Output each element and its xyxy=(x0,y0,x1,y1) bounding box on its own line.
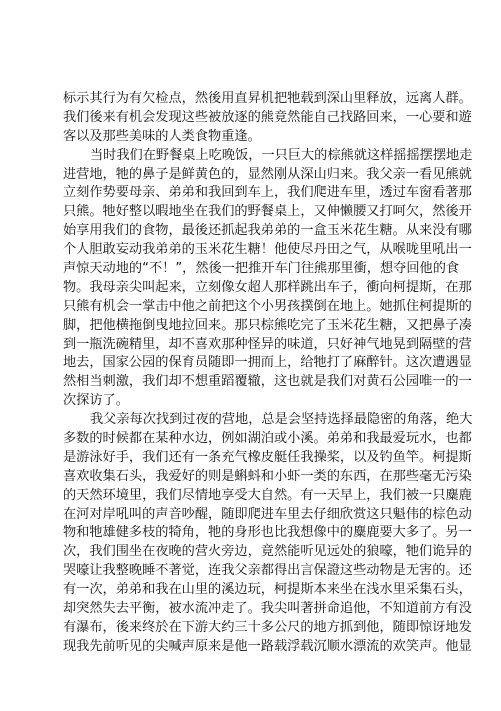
text-line: 多数的时候都在某种水边，例如湖泊或小溪。弟弟和我最爱玩水，也都 xyxy=(63,430,441,449)
text-line: 我们後来有机会发现这些被放逐的熊竟然能自己找路回来，一心要和遊 xyxy=(63,109,441,128)
paragraph: 当时我们在野餐桌上吃晚饭，一只巨大的棕熊就这样摇摇摆摆地走 进营地，牠的鼻子是鲜… xyxy=(63,147,441,411)
paragraph: 标示其行为有欠检点，然後用直昇机把牠载到深山里释放，远离人群。 我们後来有机会发… xyxy=(63,90,441,147)
text-line: 然相当刺激，我们却不想重蹈覆辙，这也就是我们对黄石公园唯一的一 xyxy=(63,373,441,392)
text-line: 客以及那些美味的人类食物重逢。 xyxy=(63,128,441,147)
text-line: 物和牠雄健多枝的犄角，牠的身形也比我想像中的麋鹿要大多了。另一 xyxy=(63,524,441,543)
text-line: 哭嚎让我整晚睡不著觉，连我父亲都得出言保證这些动物是无害的。还 xyxy=(63,562,441,581)
text-line: 的天然环境里，我们尽情地享受大自然。有一天早上，我们被一只麋鹿 xyxy=(63,487,441,506)
text-line: 地去，国家公园的保育员随即一拥而上，给牠打了麻醉针。这次遭遇显 xyxy=(63,354,441,373)
document-page: 标示其行为有欠检点，然後用直昇机把牠载到深山里释放，远离人群。 我们後来有机会发… xyxy=(63,90,441,657)
text-line: 标示其行为有欠检点，然後用直昇机把牠载到深山里释放，远离人群。 xyxy=(63,90,441,109)
text-line: 到一瓶洗碗精里，却不喜欢那种怪异的味道，只好神气地晃到隔壁的营 xyxy=(63,336,441,355)
text-line: 个人胆敢妄动我弟弟的玉米花生糖！他使尽丹田之气，从喉咙里吼出一 xyxy=(63,241,441,260)
text-line: 次探访了。 xyxy=(63,392,441,411)
text-line: 我父亲每次找到过夜的营地，总是会坚持选择最隐密的角落，绝大 xyxy=(63,411,441,430)
text-line: 是游泳好手，我们还有一条充气橡皮艇任我操桨，以及钓鱼竿。柯提斯 xyxy=(63,449,441,468)
text-line: 有瀑布，後来终於在下游大约三十多公尺的地方抓到他，随即惊讶地发 xyxy=(63,619,441,638)
text-line: 次，我们围坐在夜晚的营火旁边，竟然能听见远处的狼嚎，牠们诡异的 xyxy=(63,543,441,562)
text-line: 始享用我们的食物，最後还抓起我弟弟的一盒玉米花生糖。从来没有哪 xyxy=(63,222,441,241)
text-line: 现我先前听见的尖喊声原来是他一路载浮载沉顺水漂流的欢笑声。他显 xyxy=(63,638,441,657)
text-line: 却突然失去平衡，被水流冲走了。我尖叫著拼命追他，不知道前方有没 xyxy=(63,600,441,619)
text-line: 有一次，弟弟和我在山里的溪边玩，柯提斯本来坐在浅水里采集石头， xyxy=(63,581,441,600)
text-line: 当时我们在野餐桌上吃晚饭，一只巨大的棕熊就这样摇摇摆摆地走 xyxy=(63,147,441,166)
text-line: 声惊天动地的“不！”，然後一把推开车门往熊那里衝，想夺回他的食 xyxy=(63,260,441,279)
text-line: 在河对岸吼叫的声音吵醒，随即爬进车里去仔细欣赏这只魁伟的棕色动 xyxy=(63,506,441,525)
text-line: 物。我母亲尖叫起来，立刻像女超人那样跳出车子，衝向柯提斯，在那 xyxy=(63,279,441,298)
text-line: 只熊有机会一掌击中他之前把这个小男孩撲倒在地上。她抓住柯提斯的 xyxy=(63,298,441,317)
text-line: 进营地，牠的鼻子是鲜黄色的，显然刚从深山归来。我父亲一看见熊就 xyxy=(63,166,441,185)
text-line: 喜欢收集石头，我爱好的则是蝌蚪和小虾一类的东西，在那些毫无污染 xyxy=(63,468,441,487)
paragraph: 我父亲每次找到过夜的营地，总是会坚持选择最隐密的角落，绝大 多数的时候都在某种水… xyxy=(63,411,441,657)
text-line: 立刻作势要母亲、弟弟和我回到车上，我们爬进车里，透过车窗看著那 xyxy=(63,184,441,203)
text-line: 只熊。牠好整以暇地坐在我们的野餐桌上，又伸懒腰又打呵欠，然後开 xyxy=(63,203,441,222)
text-line: 脚，把他横拖倒曳地拉回来。那只棕熊吃完了玉米花生糖，又把鼻子凑 xyxy=(63,317,441,336)
